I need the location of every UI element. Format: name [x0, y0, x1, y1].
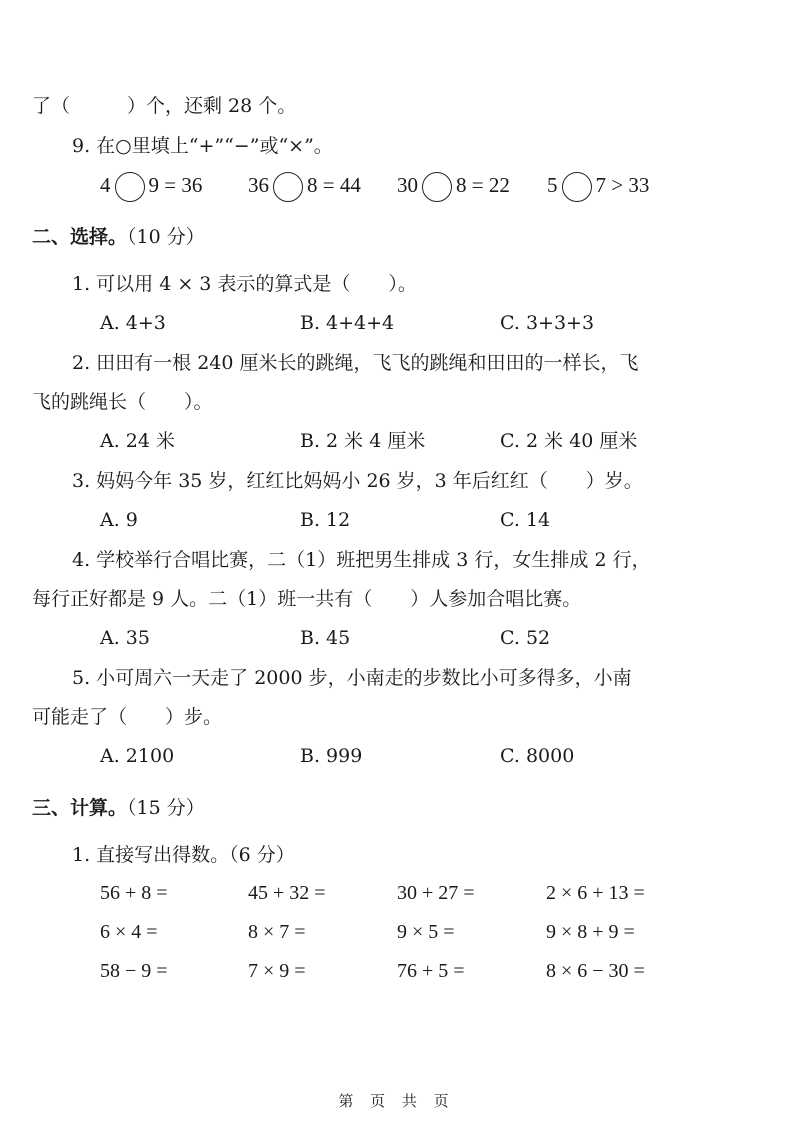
choice-question-5-line-2: 可能走了（ ）步。 [32, 705, 222, 729]
calc-item: 7 × 9 = [248, 959, 306, 983]
answer-circle[interactable] [562, 172, 592, 202]
q5-option-c[interactable]: C. 8000 [500, 744, 574, 768]
q9-item-3: 308 = 22 [397, 172, 510, 202]
q3-option-a[interactable]: A. 9 [100, 508, 138, 532]
question-9-prompt: 9. 在○里填上“+”“−”或“×”。 [72, 134, 333, 158]
q9-item-2: 368 = 44 [248, 172, 361, 202]
q1-option-b[interactable]: B. 4+4+4 [300, 311, 394, 335]
calc-item: 45 + 32 = [248, 881, 326, 905]
choice-question-3: 3. 妈妈今年 35 岁，红红比妈妈小 26 岁，3 年后红红（ ）岁。 [72, 469, 643, 493]
choice-question-5-line-1: 5. 小可周六一天走了 2000 步，小南走的步数比小可多得多，小南 [72, 666, 632, 690]
q4-option-a[interactable]: A. 35 [100, 626, 150, 650]
calc-row-1: 56 + 8 = 45 + 32 = 30 + 27 = 2 × 6 + 13 … [0, 881, 793, 905]
calc-item: 58 − 9 = [100, 959, 168, 983]
calc-row-3: 58 − 9 = 7 × 9 = 76 + 5 = 8 × 6 − 30 = [0, 959, 793, 983]
section-3-heading: 三、计算。（15 分） [32, 796, 205, 820]
q5-option-b[interactable]: B. 999 [300, 744, 362, 768]
q9-item-1: 49 = 36 [100, 172, 202, 202]
question-8-continuation: 了（ ）个，还剩 28 个。 [32, 94, 296, 118]
q1-option-a[interactable]: A. 4+3 [100, 311, 166, 335]
q9-item-1-left: 4 [100, 173, 111, 197]
section-3-title: 三、计算。 [32, 797, 127, 819]
calc-item: 6 × 4 = [100, 920, 158, 944]
calc-item: 76 + 5 = [397, 959, 465, 983]
page-footer: 第 页 共 页 [0, 1090, 793, 1111]
calc-item: 9 × 5 = [397, 920, 455, 944]
choice-question-1: 1. 可以用 4 × 3 表示的算式是（ ）。 [72, 272, 417, 296]
calc-item: 8 × 7 = [248, 920, 306, 944]
q2-option-c[interactable]: C. 2 米 40 厘米 [500, 429, 637, 453]
section-2-points: （10 分） [127, 226, 205, 248]
choice-question-4-line-2: 每行正好都是 9 人。二（1）班一共有（ ）人参加合唱比赛。 [32, 587, 581, 611]
choice-question-2-line-2: 飞的跳绳长（ ）。 [32, 390, 213, 414]
choice-question-2-line-1: 2. 田田有一根 240 厘米长的跳绳，飞飞的跳绳和田田的一样长，飞 [72, 351, 639, 375]
q2-option-b[interactable]: B. 2 米 4 厘米 [300, 429, 425, 453]
answer-circle[interactable] [273, 172, 303, 202]
q5-option-a[interactable]: A. 2100 [100, 744, 174, 768]
q9-item-3-right: 8 = 22 [456, 173, 510, 197]
q9-item-4: 57 > 33 [547, 172, 649, 202]
section-3-points: （15 分） [127, 797, 205, 819]
calc-row-2: 6 × 4 = 8 × 7 = 9 × 5 = 9 × 8 + 9 = [0, 920, 793, 944]
section-2-heading: 二、选择。（10 分） [32, 225, 205, 249]
q9-item-1-right: 9 = 36 [149, 173, 203, 197]
q4-option-c[interactable]: C. 52 [500, 626, 550, 650]
calc-item: 30 + 27 = [397, 881, 475, 905]
q9-item-4-right: 7 > 33 [596, 173, 650, 197]
calc-item: 56 + 8 = [100, 881, 168, 905]
q9-item-3-left: 30 [397, 173, 418, 197]
q3-option-c[interactable]: C. 14 [500, 508, 550, 532]
q3-option-b[interactable]: B. 12 [300, 508, 350, 532]
calc-sub1-prompt: 1. 直接写出得数。（6 分） [72, 843, 295, 867]
q9-item-4-left: 5 [547, 173, 558, 197]
q2-option-a[interactable]: A. 24 米 [100, 429, 175, 453]
q9-item-2-right: 8 = 44 [307, 173, 361, 197]
q1-option-c[interactable]: C. 3+3+3 [500, 311, 594, 335]
answer-circle[interactable] [422, 172, 452, 202]
calc-item: 2 × 6 + 13 = [546, 881, 645, 905]
section-2-title: 二、选择。 [32, 226, 127, 248]
answer-circle[interactable] [115, 172, 145, 202]
choice-question-4-line-1: 4. 学校举行合唱比赛，二（1）班把男生排成 3 行，女生排成 2 行， [72, 548, 651, 572]
calc-item: 8 × 6 − 30 = [546, 959, 645, 983]
q4-option-b[interactable]: B. 45 [300, 626, 350, 650]
calc-item: 9 × 8 + 9 = [546, 920, 635, 944]
q9-item-2-left: 36 [248, 173, 269, 197]
